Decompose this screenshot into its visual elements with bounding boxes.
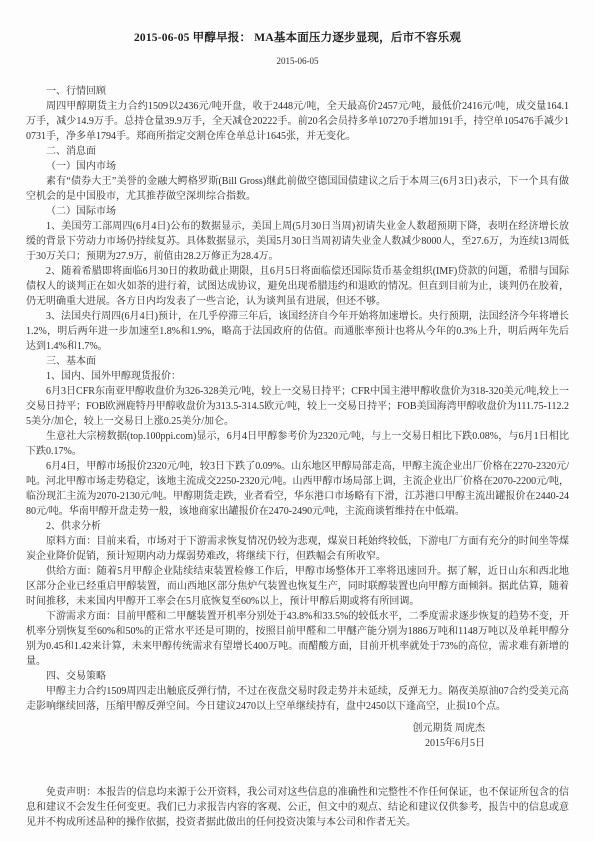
signature-date: 2015年6月5日	[26, 736, 485, 751]
body-paragraph: 供给方面：随着5月甲醇企业陆续结束装置检修工作后，甲醇市场整体开工率将迅速回升。…	[26, 564, 569, 609]
body-paragraph: 1、美国劳工部周四(6月4日)公布的数据显示，美国上周(5月30日当周)初请失业…	[26, 219, 569, 264]
body-paragraph: 6月4日，甲醇市场报价2320元/吨，较3日下跌了0.09%。山东地区甲醇局部走…	[26, 459, 569, 519]
body-paragraph: 下游需求方面：目前甲醛和二甲醚装置开机率分别处于43.8%和33.5%的较低水平…	[26, 609, 569, 669]
signature-author: 创元期货 周虎杰	[26, 721, 485, 736]
body-paragraph: 6月3日CFR东南亚甲醇收盘价为326-328美元/吨，较上一交易日持平；CFR…	[26, 384, 569, 429]
body-paragraph: 原料方面：目前来看，市场对于下游需求恢复情况仍较为悲观，煤炭日耗始终较低，下游电…	[26, 534, 569, 564]
report-page: 2015-06-05 甲醇早报： MA基本面压力逐步显现，后市不容乐观 2015…	[0, 0, 595, 842]
section-heading: 三、基本面	[26, 354, 569, 369]
section-heading: 一、行情回顾	[26, 84, 569, 99]
body-paragraph: 素有“债券大王”美誉的金融大鳄格罗斯(Bill Gross)继此前做空德国国债建…	[26, 174, 569, 204]
section-heading: （一）国内市场	[26, 159, 569, 174]
body-paragraph: 生意社大宗榜数据(top.100ppi.com)显示，6月4日甲醇参考价为232…	[26, 429, 569, 459]
body-paragraph: 甲醇主力合约1509周四走出触底反弹行情，不过在夜盘交易时段走势并未延续，反弹无…	[26, 684, 569, 714]
report-date: 2015-06-05	[26, 54, 569, 68]
section-heading: 2、供求分析	[26, 519, 569, 534]
body-paragraph: 周四甲醇期货主力合约1509以2436元/吨开盘，收于2448元/吨，全天最高价…	[26, 99, 569, 144]
section-heading: 二、消息面	[26, 144, 569, 159]
section-heading: 四、交易策略	[26, 669, 569, 684]
body-paragraph: 3、法国央行周四(6月4日)预计，在几乎停滞三年后，该国经济自今年开始将加速增长…	[26, 309, 569, 354]
body-paragraph: 2、随着希腊即将面临6月30日的救助截止期限，且6月5日将面临偿还国际货币基金组…	[26, 264, 569, 309]
signature-block: 创元期货 周虎杰 2015年6月5日	[26, 721, 569, 751]
document-body: 一、行情回顾周四甲醇期货主力合约1509以2436元/吨开盘，收于2448元/吨…	[26, 84, 569, 714]
page-title: 2015-06-05 甲醇早报： MA基本面压力逐步显现，后市不容乐观	[26, 30, 569, 46]
disclaimer-text: 免责声明：本报告的信息均来源于公开资料，我公司对这些信息的准确性和完整性不作任何…	[26, 785, 569, 830]
section-heading: （二）国际市场	[26, 204, 569, 219]
section-heading: 1、国内、国外甲醇现货报价：	[26, 369, 569, 384]
